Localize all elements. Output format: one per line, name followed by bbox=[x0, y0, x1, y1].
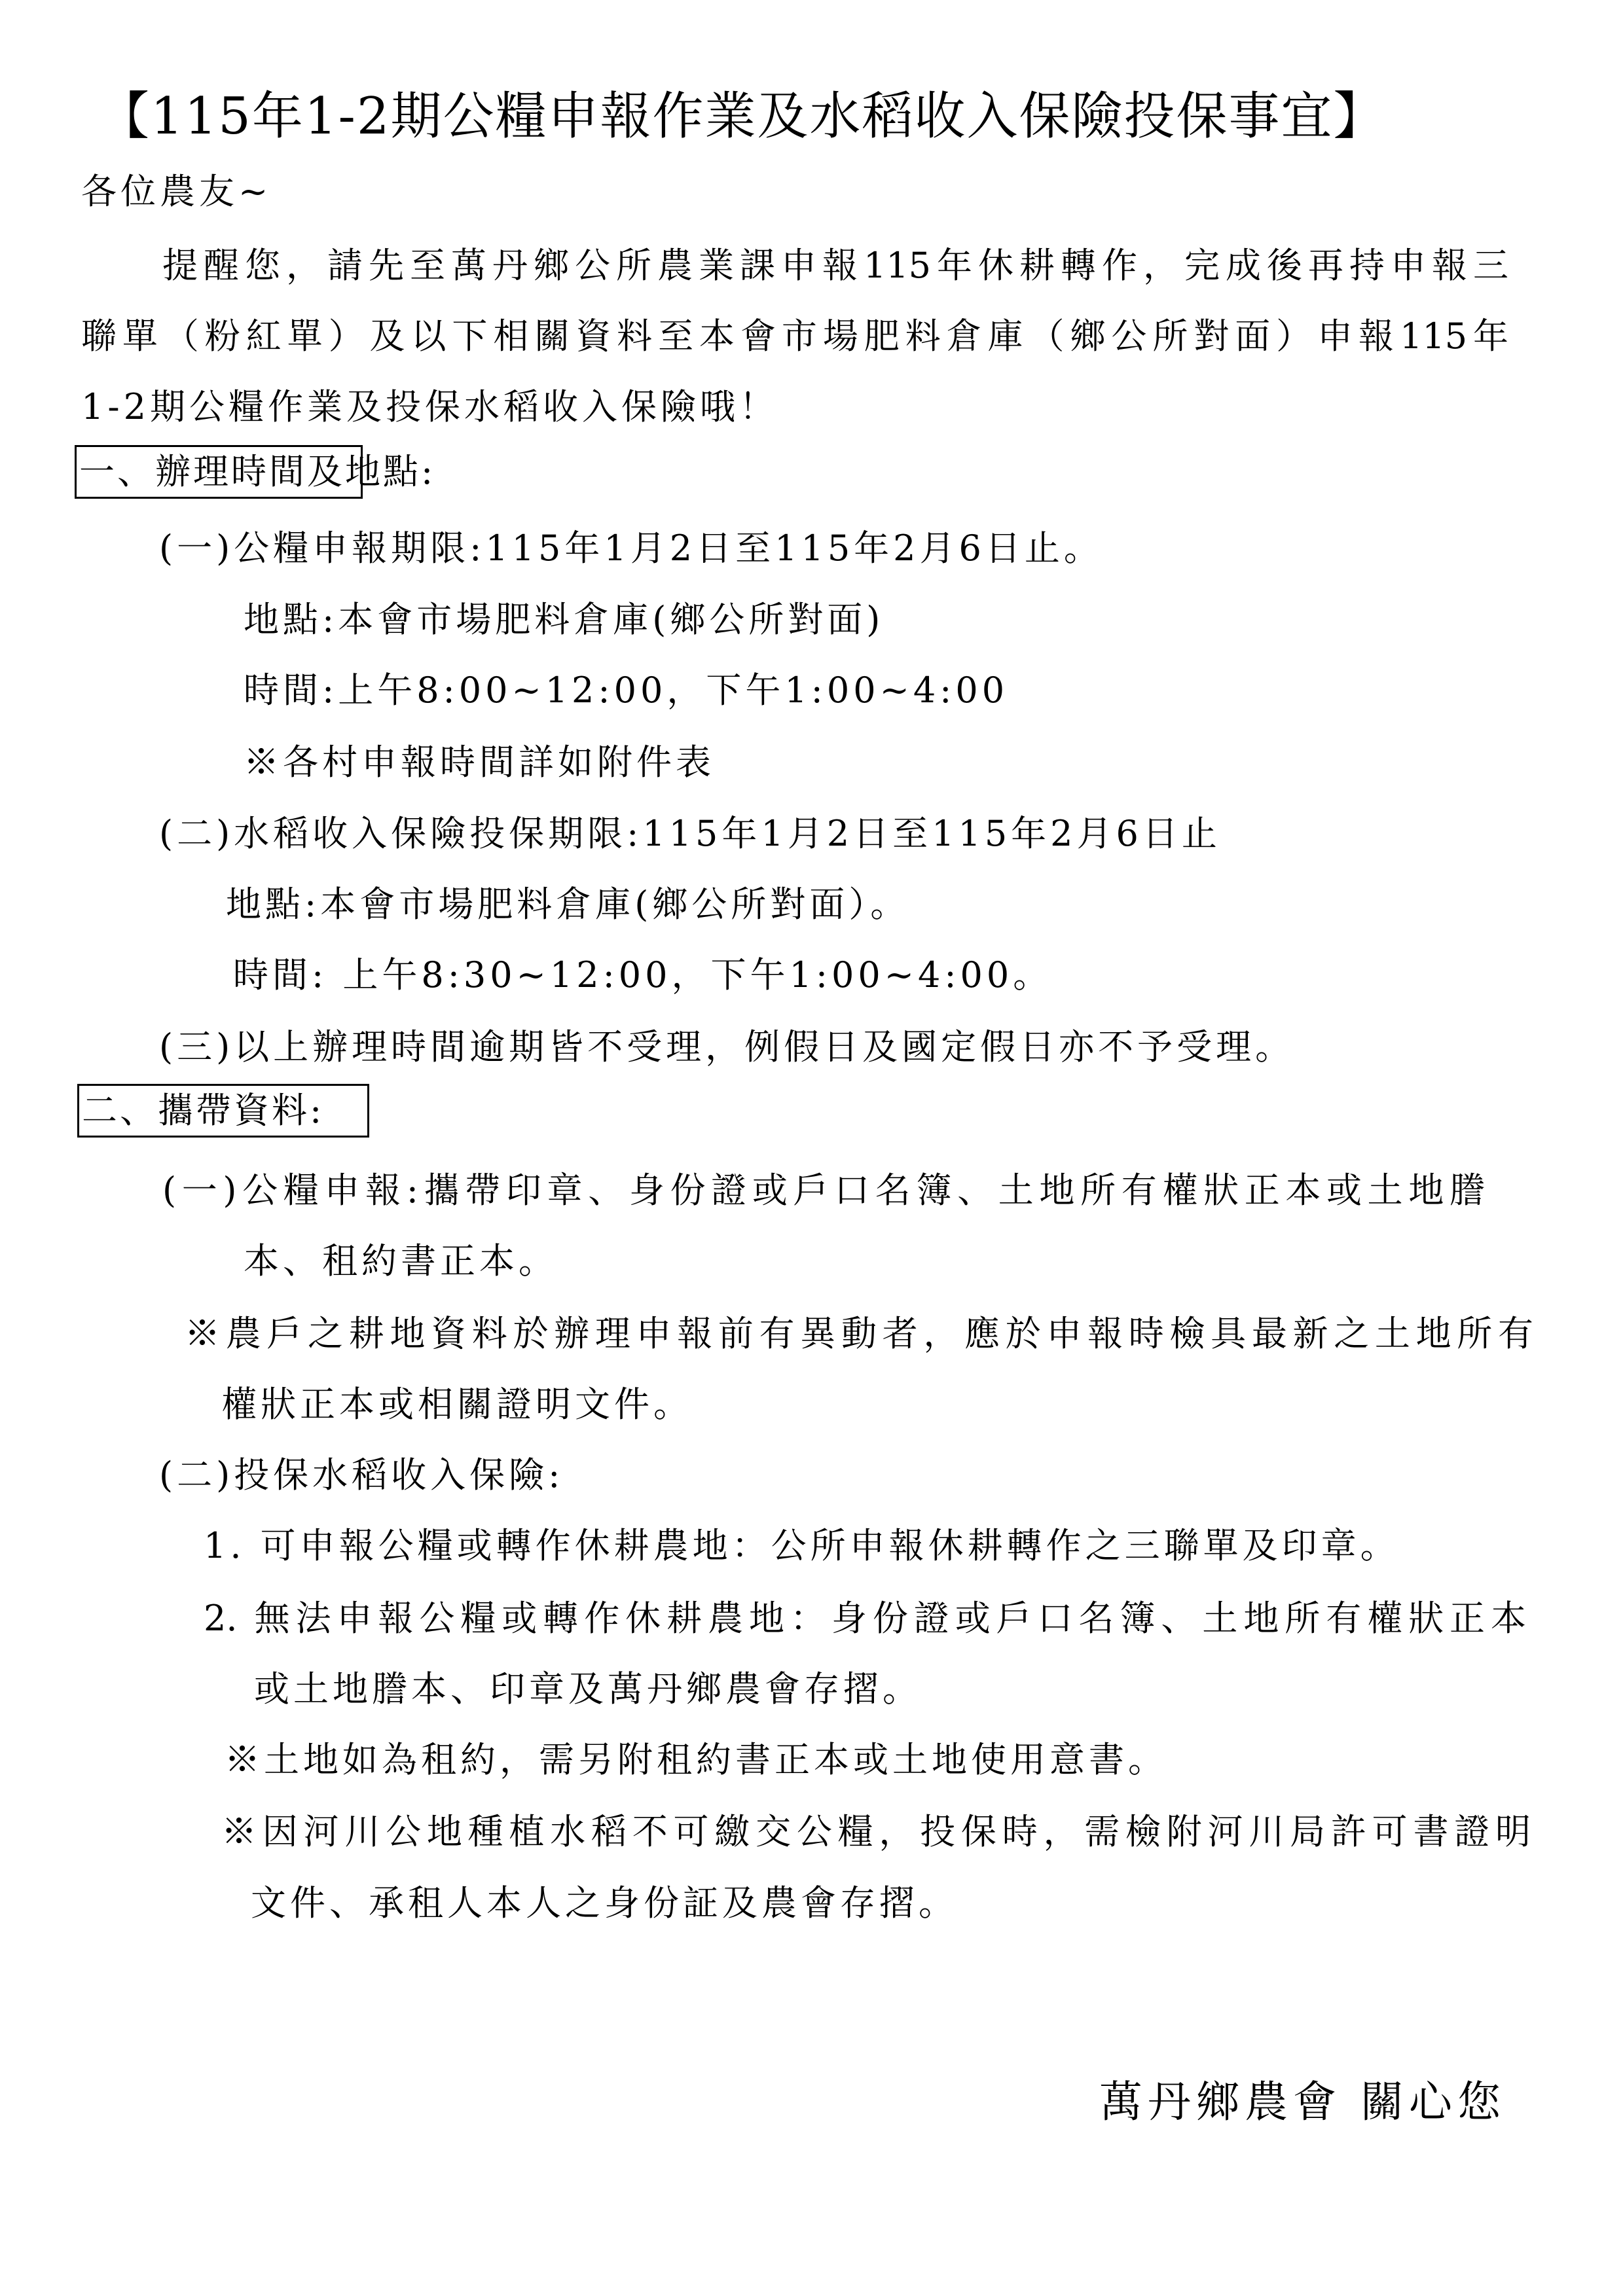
intro-line-3: 1-2期公糧作業及投保水稻收入保險哦！ bbox=[81, 384, 778, 430]
section-2-item-2-note-2-line-1: ※因河川公地種植水稻不可繳交公糧，投保時，需檢附河川局許可書證明 bbox=[221, 1809, 1531, 1855]
document-page: 【115年1-2期公糧申報作業及水稻收入保險投保事宜】 各位農友~ 提醒您，請先… bbox=[0, 0, 1623, 2296]
section-2-item-1-note-line-2: 權狀正本或相關證明文件。 bbox=[221, 1382, 693, 1427]
section-1-item-3: (三)以上辦理時間逾期皆不受理，例假日及國定假日亦不予受理。 bbox=[159, 1024, 1294, 1070]
section-1-item-2: (二)水稻收入保險投保期限:115年1月2日至115年2月6日止 bbox=[159, 811, 1221, 857]
section-1-heading: 一、辦理時間及地點: bbox=[75, 445, 363, 499]
section-2-item-2-note-1: ※土地如為租約，需另附租約書正本或土地使用意書。 bbox=[225, 1737, 1167, 1783]
greeting: 各位農友~ bbox=[81, 169, 272, 215]
section-1-item-2-time: 時間: 上午8:30~12:00，下午1:00~4:00。 bbox=[233, 952, 1052, 998]
section-2-item-2-sub-1: 1. 可申報公糧或轉作休耕農地：公所申報休耕轉作之三聯單及印章。 bbox=[204, 1523, 1400, 1569]
section-1-item-1-time: 時間:上午8:00~12:00，下午1:00~4:00 bbox=[244, 668, 1008, 713]
section-1-item-2-location: 地點:本會市場肥料倉庫(鄉公所對面）。 bbox=[226, 882, 909, 927]
section-2-item-2-sub-2-line-2: 或土地謄本、印章及萬丹鄉農會存摺。 bbox=[254, 1666, 922, 1712]
section-2-item-2: (二)投保水稻收入保險: bbox=[159, 1452, 564, 1498]
section-2-item-2-note-2-line-2: 文件、承租人本人之身份証及農會存摺。 bbox=[251, 1880, 958, 1926]
section-1-item-1-location: 地點:本會市場肥料倉庫(鄉公所對面) bbox=[244, 597, 884, 643]
section-2-item-1-line-1: (一)公糧申報:攜帶印章、身份證或戶口名簿、土地所有權狀正本或土地謄 bbox=[162, 1168, 1485, 1213]
intro-line-1: 提醒您，請先至萬丹鄉公所農業課申報115年休耕轉作，完成後再持申報三 bbox=[162, 243, 1508, 289]
section-2-item-2-sub-2-line-1: 2. 無法申報公糧或轉作休耕農地：身份證或戶口名簿、土地所有權狀正本 bbox=[204, 1596, 1526, 1641]
section-2-heading: 二、攜帶資料: bbox=[77, 1084, 369, 1138]
section-2-item-1-note-line-1: ※農戶之耕地資料於辦理申報前有異動者，應於申報時檢具最新之土地所有 bbox=[185, 1311, 1533, 1357]
document-title: 【115年1-2期公糧申報作業及水稻收入保險投保事宜】 bbox=[98, 85, 1386, 148]
section-2-item-1-line-2: 本、租約書正本。 bbox=[244, 1238, 558, 1284]
section-1-item-1-note: ※各村申報時間詳如附件表 bbox=[244, 740, 715, 785]
signature: 萬丹鄉農會 關心您 bbox=[1099, 2075, 1506, 2130]
section-1-item-1: (一)公糧申報期限:115年1月2日至115年2月6日止。 bbox=[159, 526, 1103, 571]
intro-line-2: 聯單（粉紅單）及以下相關資料至本會市場肥料倉庫（鄉公所對面）申報115年 bbox=[81, 314, 1508, 359]
